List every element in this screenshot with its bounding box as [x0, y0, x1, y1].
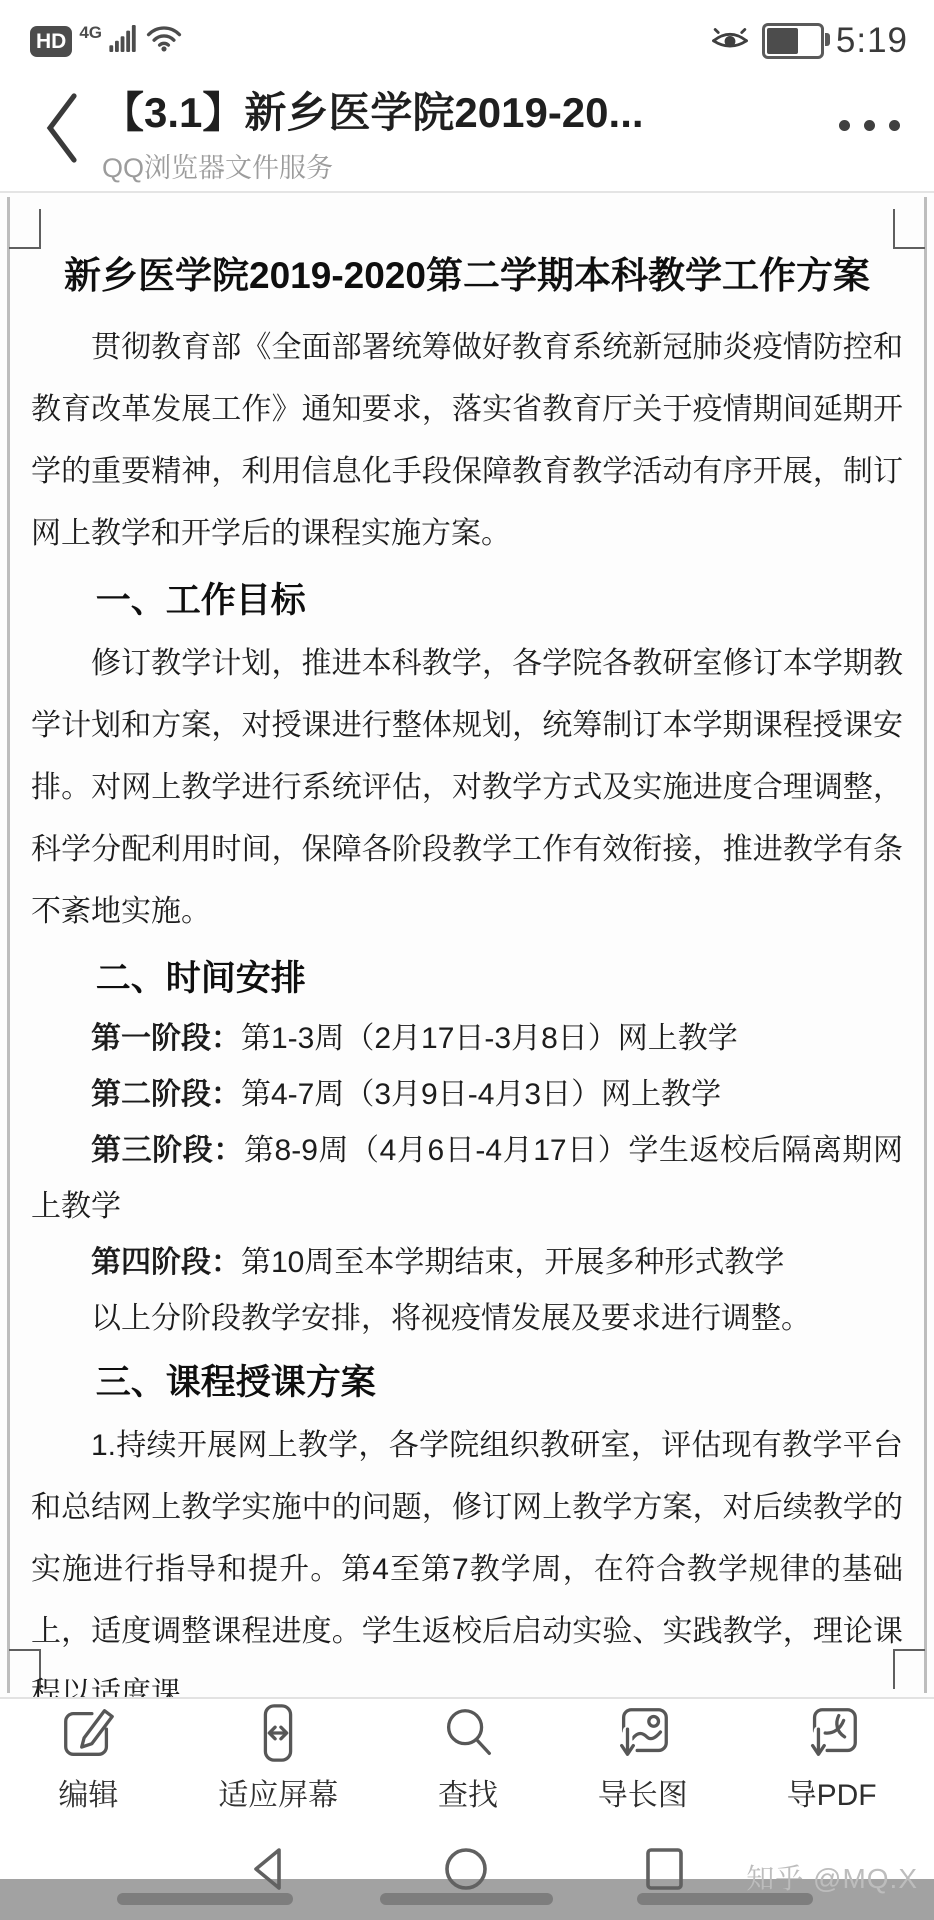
file-title: 【3.1】新乡医学院2019-20... [102, 80, 792, 140]
paragraph: 1.持续开展网上教学，各学院组织教研室，评估现有教学平台和总结网上教学实施中的问… [31, 1415, 903, 1725]
wifi-icon [146, 25, 182, 57]
nav-home-circle-icon[interactable] [443, 1845, 489, 1898]
nav-back-triangle-icon[interactable] [246, 1845, 290, 1898]
export-long-image-icon [612, 1702, 674, 1764]
header: 【3.1】新乡医学院2019-20... QQ浏览器文件服务 [0, 72, 934, 191]
find-button[interactable]: 查找 [437, 1702, 499, 1814]
battery-icon [762, 23, 824, 59]
edit-icon [57, 1702, 119, 1764]
clock-time: 5:19 [836, 21, 908, 61]
document-body: 新乡医学院2019-2020第二学期本科教学工作方案 贯彻教育部《全面部署统筹做… [0, 193, 934, 1725]
section-heading-3: 三、课程授课方案 [31, 1351, 903, 1415]
section-heading-2: 二、时间安排 [31, 947, 903, 1011]
paragraph: 修订教学计划，推进本科教学，各学院各教研室修订本学期教学计划和方案，对授课进行整… [31, 633, 903, 943]
fit-screen-icon [247, 1702, 309, 1764]
section-heading-1: 一、工作目标 [31, 569, 903, 633]
more-dots-icon[interactable] [839, 120, 900, 131]
network-type-label: 4G [79, 23, 102, 43]
export-pdf-icon [801, 1702, 863, 1764]
stage-text: 第10周至本学期结束，开展多种形式教学 [241, 1246, 784, 1279]
eye-comfort-icon [710, 24, 750, 59]
export-long-image-button[interactable]: 导长图 [598, 1702, 688, 1814]
toolbar-label: 查找 [438, 1770, 498, 1814]
toolbar-label: 适应屏幕 [218, 1770, 338, 1814]
status-bar: HD 4G [0, 0, 934, 72]
document-page[interactable]: 新乡医学院2019-2020第二学期本科教学工作方案 贯彻教育部《全面部署统筹做… [0, 193, 934, 1697]
stage-label: 第三阶段： [91, 1134, 244, 1167]
android-nav-bar: 知乎 @MQ.X [0, 1815, 934, 1920]
search-icon [437, 1702, 499, 1764]
toolbar-label: 导PDF [787, 1770, 877, 1814]
stage-label: 第二阶段： [91, 1078, 241, 1111]
stage-line-2: 第二阶段：第4-7周（3月9日-4月3日）网上教学 [31, 1067, 903, 1123]
stage-label: 第一阶段： [91, 1022, 241, 1055]
back-chevron-icon[interactable] [40, 90, 84, 166]
watermark-pill [380, 1893, 553, 1905]
stage-line-3: 第三阶段：第8-9周（4月6日-4月17日）学生返校后隔离期网上教学 [31, 1123, 903, 1235]
toolbar-label: 导长图 [598, 1770, 688, 1814]
status-bar-left: HD 4G [30, 25, 182, 57]
signal-bars-icon [109, 25, 139, 57]
stage-label: 第四阶段： [91, 1246, 241, 1279]
stage-text: 第1-3周（2月17日-3月8日）网上教学 [241, 1022, 738, 1055]
stage-line-4: 第四阶段：第10周至本学期结束，开展多种形式教学 [31, 1235, 903, 1291]
stage-line-1: 第一阶段：第1-3周（2月17日-3月8日）网上教学 [31, 1011, 903, 1067]
fit-screen-button[interactable]: 适应屏幕 [218, 1702, 338, 1814]
file-source-subtitle: QQ浏览器文件服务 [102, 146, 792, 185]
status-bar-right: 5:19 [710, 21, 908, 61]
export-pdf-button[interactable]: 导PDF [787, 1702, 877, 1814]
adjust-note-line: 以上分阶段教学安排，将视疫情发展及要求进行调整。 [31, 1291, 903, 1347]
toolbar-label: 编辑 [58, 1770, 118, 1814]
phone-screen: HD 4G [0, 0, 934, 1920]
edit-button[interactable]: 编辑 [57, 1702, 119, 1814]
paragraph: 贯彻教育部《全面部署统筹做好教育系统新冠肺炎疫情防控和教育改革发展工作》通知要求… [31, 317, 903, 565]
nav-recents-square-icon[interactable] [642, 1845, 688, 1898]
hd-badge: HD [30, 26, 72, 57]
battery-fill [767, 28, 798, 54]
stage-text: 第4-7周（3月9日-4月3日）网上教学 [241, 1078, 721, 1111]
battery-nub [825, 33, 830, 46]
bottom-toolbar: 编辑 适应屏幕 [0, 1697, 934, 1817]
zhihu-watermark: 知乎 @MQ.X [746, 1857, 918, 1897]
watermark-pill [117, 1893, 293, 1905]
document-title: 新乡医学院2019-2020第二学期本科教学工作方案 [31, 245, 903, 307]
header-titles: 【3.1】新乡医学院2019-20... QQ浏览器文件服务 [102, 80, 792, 185]
